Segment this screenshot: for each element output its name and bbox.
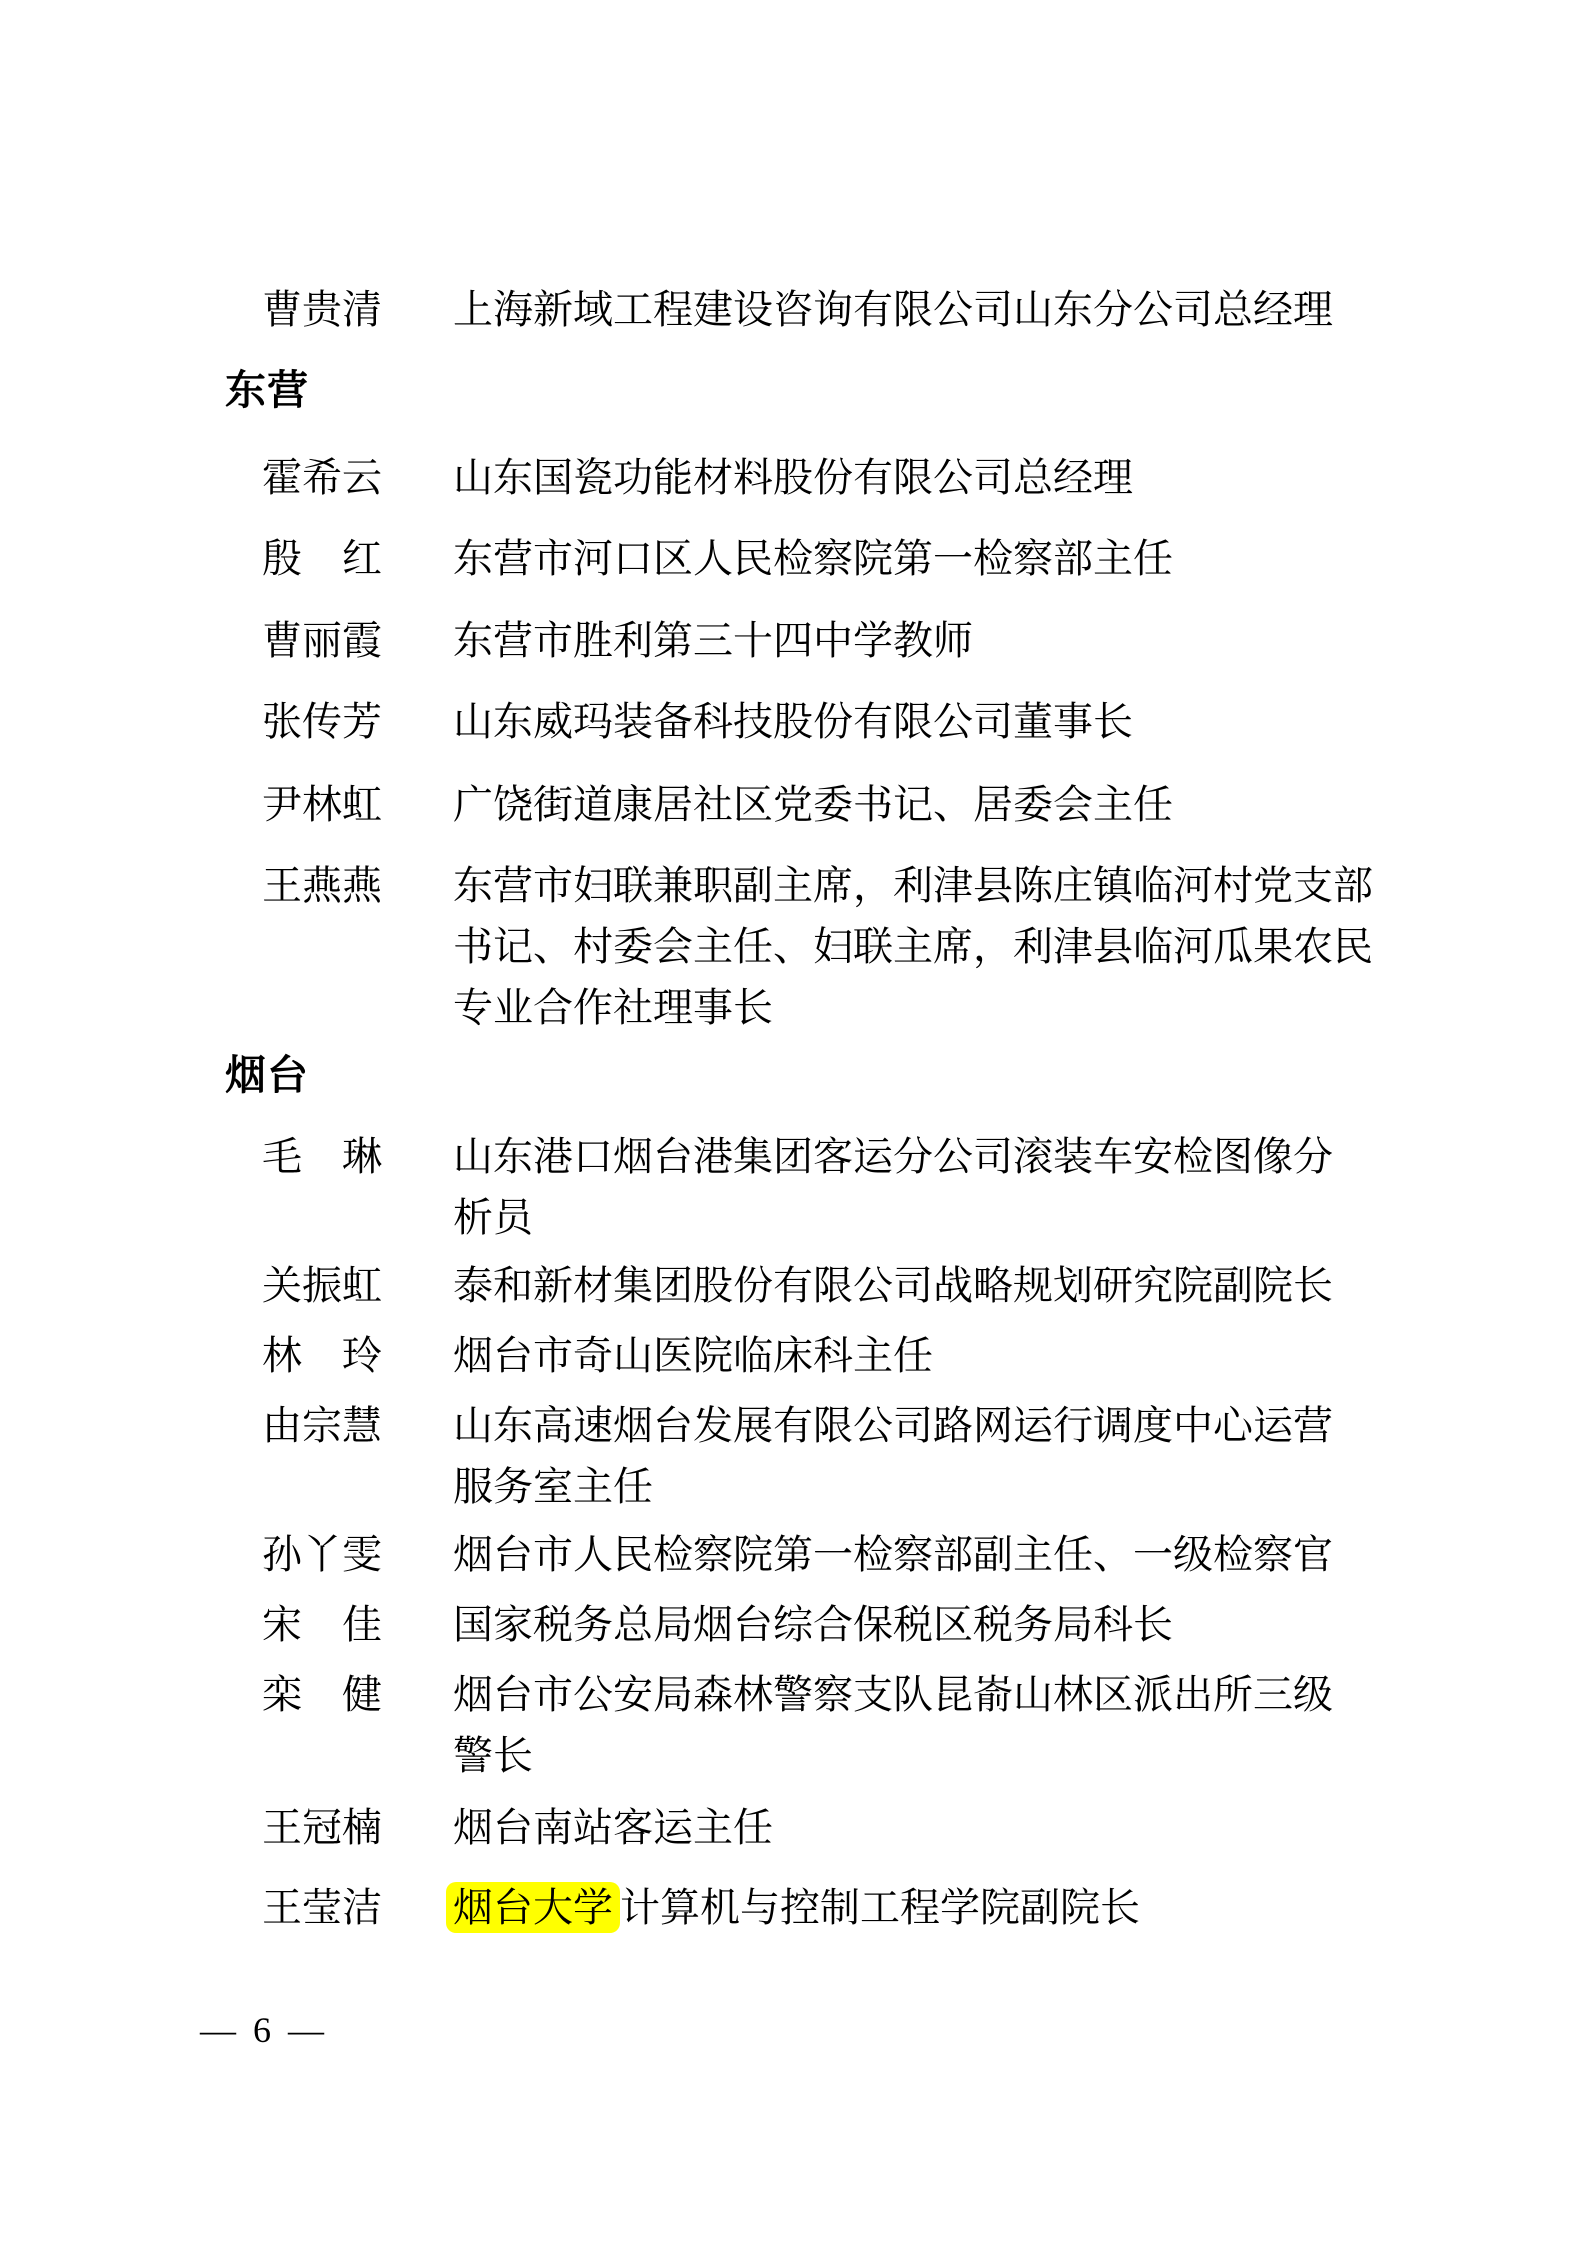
- person-title: 山东高速烟台发展有限公司路网运行调度中心运营 服务室主任: [453, 1395, 1393, 1517]
- person-title-line: 烟台市公安局森林警察支队昆嵛山林区派出所三级: [453, 1664, 1393, 1725]
- person-title: 烟台南站客运主任: [453, 1797, 1393, 1858]
- person-name: 栾 健: [262, 1664, 380, 1725]
- person-name: 宋 佳: [262, 1594, 380, 1655]
- person-name: 霍希云: [262, 447, 380, 508]
- person-title-line: 专业合作社理事长: [453, 977, 1393, 1038]
- person-name: 关振虹: [262, 1255, 380, 1316]
- person-name: 王莹洁: [262, 1877, 380, 1938]
- person-title: 山东港口烟台港集团客运分公司滚装车安检图像分 析员: [453, 1126, 1393, 1248]
- person-title-line: 烟台南站客运主任: [453, 1797, 1393, 1858]
- person-title: 烟台大学计算机与控制工程学院副院长: [453, 1877, 1393, 1938]
- page-number: — 6 —: [200, 2010, 328, 2050]
- person-title-line: 烟台大学计算机与控制工程学院副院长: [453, 1877, 1393, 1938]
- person-title: 东营市胜利第三十四中学教师: [453, 610, 1393, 671]
- person-title: 广饶街道康居社区党委书记、居委会主任: [453, 774, 1393, 835]
- person-title-line: 上海新域工程建设咨询有限公司山东分公司总经理: [453, 279, 1393, 340]
- person-title-line: 山东国瓷功能材料股份有限公司总经理: [453, 447, 1393, 508]
- person-title: 上海新域工程建设咨询有限公司山东分公司总经理: [453, 279, 1393, 340]
- person-title: 山东威玛装备科技股份有限公司董事长: [453, 691, 1393, 752]
- person-title-line: 山东威玛装备科技股份有限公司董事长: [453, 691, 1393, 752]
- person-title-line: 书记、村委会主任、妇联主席，利津县临河瓜果农民: [453, 916, 1393, 977]
- section-header-dongying: 东营: [225, 365, 309, 415]
- person-title: 烟台市奇山医院临床科主任: [453, 1325, 1393, 1386]
- person-name: 由宗慧: [262, 1395, 380, 1456]
- person-title-line: 山东高速烟台发展有限公司路网运行调度中心运营: [453, 1395, 1393, 1456]
- person-name: 张传芳: [262, 691, 380, 752]
- person-name: 尹林虹: [262, 774, 380, 835]
- document-page: 曹贵清 上海新域工程建设咨询有限公司山东分公司总经理 东营 霍希云 山东国瓷功能…: [0, 0, 1587, 2245]
- person-name: 林 玲: [262, 1325, 380, 1386]
- person-title: 泰和新材集团股份有限公司战略规划研究院副院长: [453, 1255, 1393, 1316]
- person-title: 烟台市人民检察院第一检察部副主任、一级检察官: [453, 1524, 1393, 1585]
- highlighted-text: 烟台大学: [446, 1882, 620, 1933]
- person-title-line: 警长: [453, 1725, 1393, 1786]
- person-name: 毛 琳: [262, 1126, 380, 1187]
- person-title-line: 烟台市奇山医院临床科主任: [453, 1325, 1393, 1386]
- person-name: 曹贵清: [262, 279, 380, 340]
- section-header-yantai: 烟台: [225, 1050, 309, 1100]
- person-title-line: 东营市妇联兼职副主席，利津县陈庄镇临河村党支部: [453, 855, 1393, 916]
- person-title-line: 广饶街道康居社区党委书记、居委会主任: [453, 774, 1393, 835]
- person-title-line: 烟台市人民检察院第一检察部副主任、一级检察官: [453, 1524, 1393, 1585]
- person-title: 国家税务总局烟台综合保税区税务局科长: [453, 1594, 1393, 1655]
- person-title: 烟台市公安局森林警察支队昆嵛山林区派出所三级 警长: [453, 1664, 1393, 1786]
- person-title-line: 国家税务总局烟台综合保税区税务局科长: [453, 1594, 1393, 1655]
- person-title-line: 山东港口烟台港集团客运分公司滚装车安检图像分: [453, 1126, 1393, 1187]
- person-title-line: 东营市河口区人民检察院第一检察部主任: [453, 528, 1393, 589]
- person-name: 殷 红: [262, 528, 380, 589]
- person-title: 东营市河口区人民检察院第一检察部主任: [453, 528, 1393, 589]
- person-title-line: 泰和新材集团股份有限公司战略规划研究院副院长: [453, 1255, 1393, 1316]
- person-name: 王冠楠: [262, 1797, 380, 1858]
- person-name: 曹丽霞: [262, 610, 380, 671]
- person-name: 王燕燕: [262, 855, 380, 916]
- person-name: 孙丫雯: [262, 1524, 380, 1585]
- person-title-line: 服务室主任: [453, 1456, 1393, 1517]
- person-title-line: 东营市胜利第三十四中学教师: [453, 610, 1393, 671]
- person-title-rest: 计算机与控制工程学院副院长: [620, 1885, 1140, 1930]
- person-title: 山东国瓷功能材料股份有限公司总经理: [453, 447, 1393, 508]
- person-title-line: 析员: [453, 1187, 1393, 1248]
- person-title: 东营市妇联兼职副主席，利津县陈庄镇临河村党支部 书记、村委会主任、妇联主席，利津…: [453, 855, 1393, 1038]
